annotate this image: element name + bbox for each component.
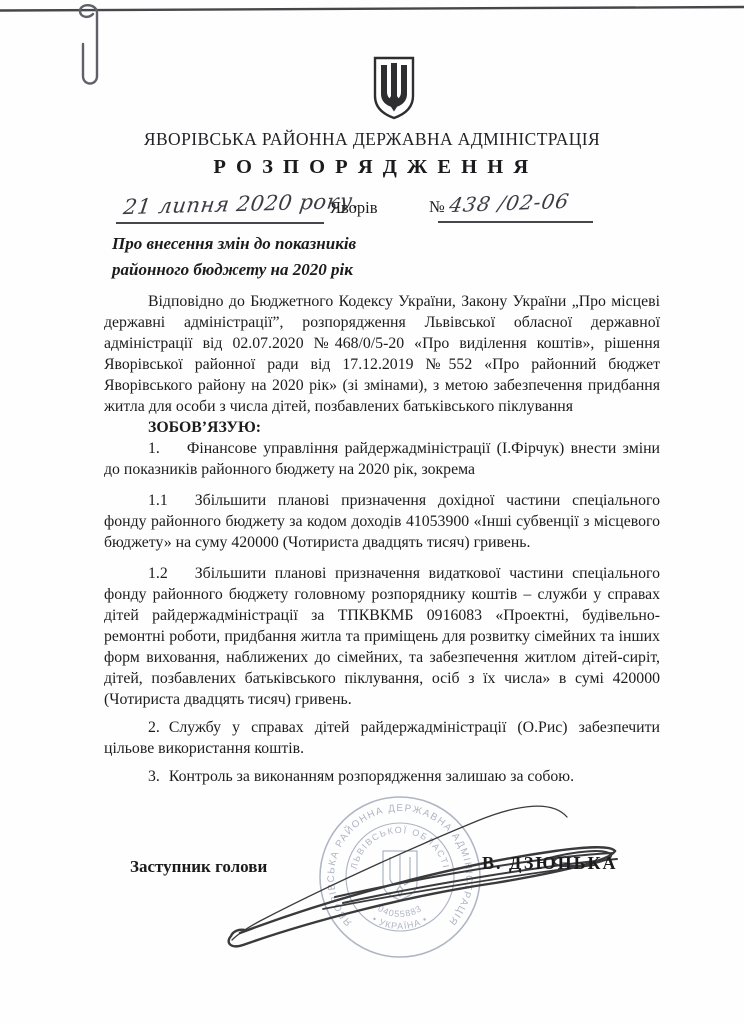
item-2: 2.Службу у справах дітей райдержадмініст… <box>104 717 660 759</box>
obligate-heading: ЗОБОВ’ЯЗУЮ: <box>104 417 660 438</box>
handwritten-date: 21 липня 2020 року. <box>122 189 361 219</box>
document-body: Відповідно до Бюджетного Кодексу України… <box>104 291 660 787</box>
paperclip-icon <box>80 5 97 83</box>
item-1-1: 1.1Збільшити планові призначення дохідно… <box>104 490 660 553</box>
number-underline <box>438 221 593 223</box>
subject-line-2: районного бюджету на 2020 рік <box>112 257 442 283</box>
item-1-2: 1.2Збільшити планові призначення видатко… <box>104 563 660 710</box>
place-name: Яворів <box>330 198 378 218</box>
position-title: Заступник голови <box>130 857 267 877</box>
item-3: 3.Контроль за виконанням розпорядження з… <box>104 766 660 787</box>
number-label: № <box>429 197 445 217</box>
trident-glyph <box>381 63 407 112</box>
subject-block: Про внесення змін до показників районног… <box>112 231 442 283</box>
signer-name: В. ДЗЮНЬКА <box>482 853 618 874</box>
item-1-1-text: Збільшити планові призначення дохідної ч… <box>104 492 660 551</box>
scanned-document-page: ЯВОРІВСЬКА РАЙОННА ДЕРЖАВНА АДМІНІСТРАЦІ… <box>0 0 744 1024</box>
subject-line-1: Про внесення змін до показників <box>112 231 442 257</box>
preamble-paragraph: Відповідно до Бюджетного Кодексу України… <box>104 291 660 417</box>
item-1-number: 1. <box>148 440 160 457</box>
org-name: ЯВОРІВСЬКА РАЙОННА ДЕРЖАВНА АДМІНІСТРАЦІ… <box>0 129 744 150</box>
trident-coat-of-arms-icon <box>371 56 417 120</box>
item-3-number: 3. <box>148 768 160 785</box>
item-2-text: Службу у справах дітей райдержадміністра… <box>104 719 660 757</box>
document-type-title: Р О З П О Р Я Д Ж Е Н Н Я <box>0 156 744 179</box>
item-1-1-number: 1.1 <box>148 492 168 509</box>
item-1-text: Фінансове управління райдержадміністраці… <box>104 440 660 478</box>
date-underline <box>116 222 324 224</box>
handwritten-number: 438 /02-06 <box>447 189 571 217</box>
scan-edge-line <box>0 7 744 11</box>
signature-scrawl-icon <box>215 793 675 963</box>
item-1: 1.Фінансове управління райдержадміністра… <box>104 438 660 480</box>
item-3-text: Контроль за виконанням розпорядження зал… <box>169 768 574 785</box>
item-1-2-number: 1.2 <box>148 565 168 582</box>
item-2-number: 2. <box>148 719 160 736</box>
item-1-2-text: Збільшити планові призначення видаткової… <box>104 565 660 708</box>
